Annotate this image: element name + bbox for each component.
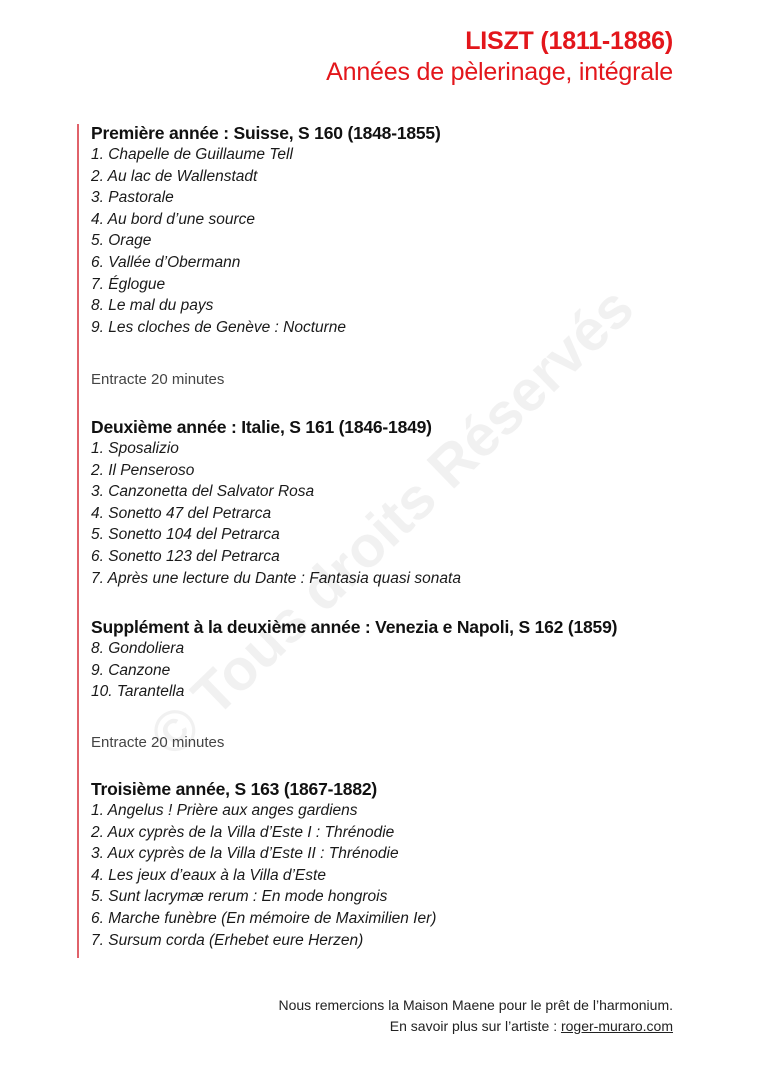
artist-info-label: En savoir plus sur l’artiste : bbox=[390, 1018, 561, 1034]
list-item: 7. Sursum corda (Erhebet eure Herzen) bbox=[91, 930, 436, 952]
list-item: 3. Aux cyprès de la Villa d’Este II : Th… bbox=[91, 843, 436, 865]
list-item: 3. Canzonetta del Salvator Rosa bbox=[91, 481, 461, 503]
page-header: LISZT (1811-1886) Années de pèlerinage, … bbox=[326, 26, 673, 88]
work-title: Années de pèlerinage, intégrale bbox=[326, 56, 673, 88]
list-item: 2. Aux cyprès de la Villa d’Este I : Thr… bbox=[91, 822, 436, 844]
piece-list: 1. Chapelle de Guillaume Tell 2. Au lac … bbox=[91, 144, 441, 338]
artist-info-line: En savoir plus sur l’artiste : roger-mur… bbox=[278, 1016, 673, 1037]
intermission-note: Entracte 20 minutes bbox=[91, 733, 224, 753]
list-item: 5. Sonetto 104 del Petrarca bbox=[91, 524, 461, 546]
page-footer: Nous remercions la Maison Maene pour le … bbox=[278, 995, 673, 1037]
list-item: 7. Après une lecture du Dante : Fantasia… bbox=[91, 568, 461, 590]
list-item: 4. Au bord d’une source bbox=[91, 209, 441, 231]
list-item: 6. Sonetto 123 del Petrarca bbox=[91, 546, 461, 568]
piece-list: 1. Sposalizio 2. Il Penseroso 3. Canzone… bbox=[91, 438, 461, 589]
list-item: 9. Canzone bbox=[91, 660, 617, 682]
list-item: 1. Sposalizio bbox=[91, 438, 461, 460]
list-item: 8. Le mal du pays bbox=[91, 295, 441, 317]
section-deuxieme-annee: Deuxième année : Italie, S 161 (1846-184… bbox=[91, 416, 461, 589]
list-item: 3. Pastorale bbox=[91, 187, 441, 209]
list-item: 5. Sunt lacrymæ rerum : En mode hongrois bbox=[91, 886, 436, 908]
list-item: 2. Au lac de Wallenstadt bbox=[91, 166, 441, 188]
list-item: 10. Tarantella bbox=[91, 681, 617, 703]
list-item: 4. Les jeux d’eaux à la Villa d’Este bbox=[91, 865, 436, 887]
composer-title: LISZT (1811-1886) bbox=[326, 26, 673, 56]
list-item: 1. Chapelle de Guillaume Tell bbox=[91, 144, 441, 166]
list-item: 6. Vallée d’Obermann bbox=[91, 252, 441, 274]
list-item: 1. Angelus ! Prière aux anges gardiens bbox=[91, 800, 436, 822]
accent-rule bbox=[77, 124, 79, 958]
section-title: Deuxième année : Italie, S 161 (1846-184… bbox=[91, 416, 461, 438]
section-premiere-annee: Première année : Suisse, S 160 (1848-185… bbox=[91, 122, 441, 338]
list-item: 4. Sonetto 47 del Petrarca bbox=[91, 503, 461, 525]
list-item: 2. Il Penseroso bbox=[91, 460, 461, 482]
piece-list: 8. Gondoliera 9. Canzone 10. Tarantella bbox=[91, 638, 617, 703]
piece-list: 1. Angelus ! Prière aux anges gardiens 2… bbox=[91, 800, 436, 951]
list-item: 8. Gondoliera bbox=[91, 638, 617, 660]
thanks-note: Nous remercions la Maison Maene pour le … bbox=[278, 995, 673, 1016]
list-item: 6. Marche funèbre (En mémoire de Maximil… bbox=[91, 908, 436, 930]
list-item: 5. Orage bbox=[91, 230, 441, 252]
section-troisieme-annee: Troisième année, S 163 (1867-1882) 1. An… bbox=[91, 778, 436, 951]
artist-website-link[interactable]: roger-muraro.com bbox=[561, 1018, 673, 1034]
section-title: Première année : Suisse, S 160 (1848-185… bbox=[91, 122, 441, 144]
list-item: 7. Églogue bbox=[91, 274, 441, 296]
section-supplement: Supplément à la deuxième année : Venezia… bbox=[91, 616, 617, 703]
list-item: 9. Les cloches de Genève : Nocturne bbox=[91, 317, 441, 339]
section-title: Troisième année, S 163 (1867-1882) bbox=[91, 778, 436, 800]
intermission-note: Entracte 20 minutes bbox=[91, 370, 224, 390]
section-title: Supplément à la deuxième année : Venezia… bbox=[91, 616, 617, 638]
